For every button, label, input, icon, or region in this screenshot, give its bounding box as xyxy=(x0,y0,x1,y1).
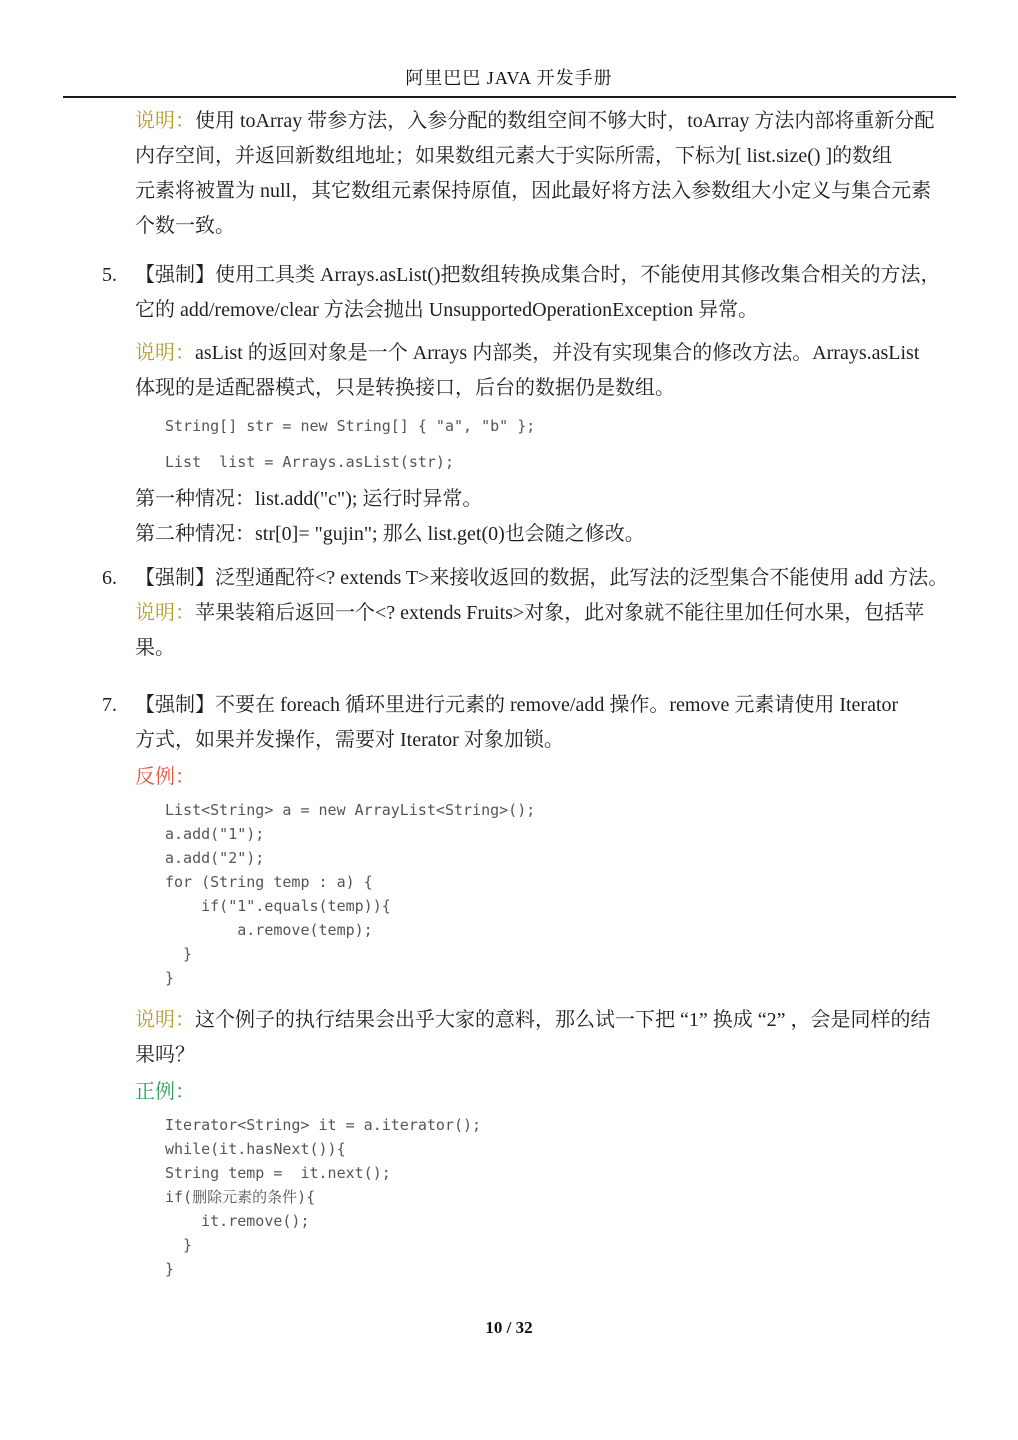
code-line: if(删除元素的条件){ xyxy=(165,1185,978,1209)
code-line: a.add("1"); xyxy=(165,822,978,846)
code-block-counter-example: List<String> a = new ArrayList<String>()… xyxy=(165,798,978,990)
code-block-positive-example: Iterator<String> it = a.iterator(); whil… xyxy=(165,1113,978,1281)
code-block-aslist: String[] str = new String[] { "a", "b" }… xyxy=(165,408,978,480)
page-header-title: 阿里巴巴 JAVA 开发手册 xyxy=(0,64,1018,90)
code-line: for (String temp : a) { xyxy=(165,870,978,894)
item7-note: 说明：这个例子的执行结果会出乎大家的意料，那么试一下把 “1” 换成 “2” ，… xyxy=(135,1003,978,1073)
page-number: 10 / 32 xyxy=(0,1318,1018,1338)
note-text: 使用 toArray 带参方法，入参分配的数组空间不够大时，toArray 方法… xyxy=(195,110,934,132)
text-line: 【强制】不要在 foreach 循环里进行元素的 remove/add 操作。r… xyxy=(135,688,978,723)
text-line: 内存空间，并返回新数组地址；如果数组元素大于实际所需，下标为[ list.siz… xyxy=(135,139,978,174)
code-line: String temp = it.next(); xyxy=(165,1161,978,1185)
item5-cases: 第一种情况：list.add("c"); 运行时异常。 第二种情况：str[0]… xyxy=(135,482,978,552)
item-number: 6. xyxy=(102,561,117,596)
text-line: 第二种情况：str[0]= "gujin"; 那么 list.get(0)也会随… xyxy=(135,517,978,552)
note-text: asList 的返回对象是一个 Arrays 内部类，并没有实现集合的修改方法。… xyxy=(195,342,919,364)
text-line: 果吗？ xyxy=(135,1038,978,1073)
note-label: 说明： xyxy=(135,342,195,364)
note-label: 说明： xyxy=(135,110,195,132)
code-line: List list = Arrays.asList(str); xyxy=(165,444,978,480)
note-label: 说明： xyxy=(135,1009,195,1031)
code-line: while(it.hasNext()){ xyxy=(165,1137,978,1161)
code-line: } xyxy=(165,942,978,966)
code-line: Iterator<String> it = a.iterator(); xyxy=(165,1113,978,1137)
note-toarray: 说明：使用 toArray 带参方法，入参分配的数组空间不够大时，toArray… xyxy=(135,104,978,244)
text-line: 【强制】泛型通配符<? extends T>来接收返回的数据，此写法的泛型集合不… xyxy=(135,561,978,596)
text-line: 第一种情况：list.add("c"); 运行时异常。 xyxy=(135,482,978,517)
code-line: } xyxy=(165,966,978,990)
item5-note: 说明：asList 的返回对象是一个 Arrays 内部类，并没有实现集合的修改… xyxy=(135,336,978,406)
text-line: 果。 xyxy=(135,631,978,666)
text-line: 说明：asList 的返回对象是一个 Arrays 内部类，并没有实现集合的修改… xyxy=(135,336,978,371)
code-line: a.add("2"); xyxy=(165,846,978,870)
text-line: 方式，如果并发操作，需要对 Iterator 对象加锁。 xyxy=(135,723,978,758)
text-line: 体现的是适配器模式，只是转换接口，后台的数据仍是数组。 xyxy=(135,371,978,406)
item-number: 5. xyxy=(102,258,117,293)
code-line: List<String> a = new ArrayList<String>()… xyxy=(165,798,978,822)
item6-note: 说明：苹果装箱后返回一个<? extends Fruits>对象，此对象就不能往… xyxy=(135,596,978,666)
text-line: 元素将被置为 null，其它数组元素保持原值，因此最好将方法入参数组大小定义与集… xyxy=(135,174,978,209)
text-line: 说明：使用 toArray 带参方法，入参分配的数组空间不够大时，toArray… xyxy=(135,104,978,139)
text-line: 【强制】使用工具类 Arrays.asList()把数组转换成集合时，不能使用其… xyxy=(135,258,978,293)
note-label: 说明： xyxy=(135,602,195,624)
rule-item-7: 7. 【强制】不要在 foreach 循环里进行元素的 remove/add 操… xyxy=(135,688,978,1281)
code-line: if("1".equals(temp)){ xyxy=(165,894,978,918)
rule-item-6: 6. 【强制】泛型通配符<? extends T>来接收返回的数据，此写法的泛型… xyxy=(135,561,978,666)
rule-item-5: 5. 【强制】使用工具类 Arrays.asList()把数组转换成集合时，不能… xyxy=(135,258,978,552)
item-number: 7. xyxy=(102,688,117,723)
code-line: } xyxy=(165,1233,978,1257)
note-text: 苹果装箱后返回一个<? extends Fruits>对象，此对象就不能往里加任… xyxy=(195,602,924,624)
code-line: a.remove(temp); xyxy=(165,918,978,942)
text-line: 它的 add/remove/clear 方法会抛出 UnsupportedOpe… xyxy=(135,293,978,328)
text-line: 说明：苹果装箱后返回一个<? extends Fruits>对象，此对象就不能往… xyxy=(135,596,978,631)
code-line: } xyxy=(165,1257,978,1281)
code-line: it.remove(); xyxy=(165,1209,978,1233)
code-line: String[] str = new String[] { "a", "b" }… xyxy=(165,408,978,444)
counter-example-label: 反例： xyxy=(135,760,978,795)
note-text: 这个例子的执行结果会出乎大家的意料，那么试一下把 “1” 换成 “2” ，会是同… xyxy=(195,1009,931,1031)
document-page: 阿里巴巴 JAVA 开发手册 说明：使用 toArray 带参方法，入参分配的数… xyxy=(0,0,1018,1440)
header-rule xyxy=(63,96,956,98)
text-line: 个数一致。 xyxy=(135,209,978,244)
text-line: 说明：这个例子的执行结果会出乎大家的意料，那么试一下把 “1” 换成 “2” ，… xyxy=(135,1003,978,1038)
positive-example-label: 正例： xyxy=(135,1075,978,1110)
